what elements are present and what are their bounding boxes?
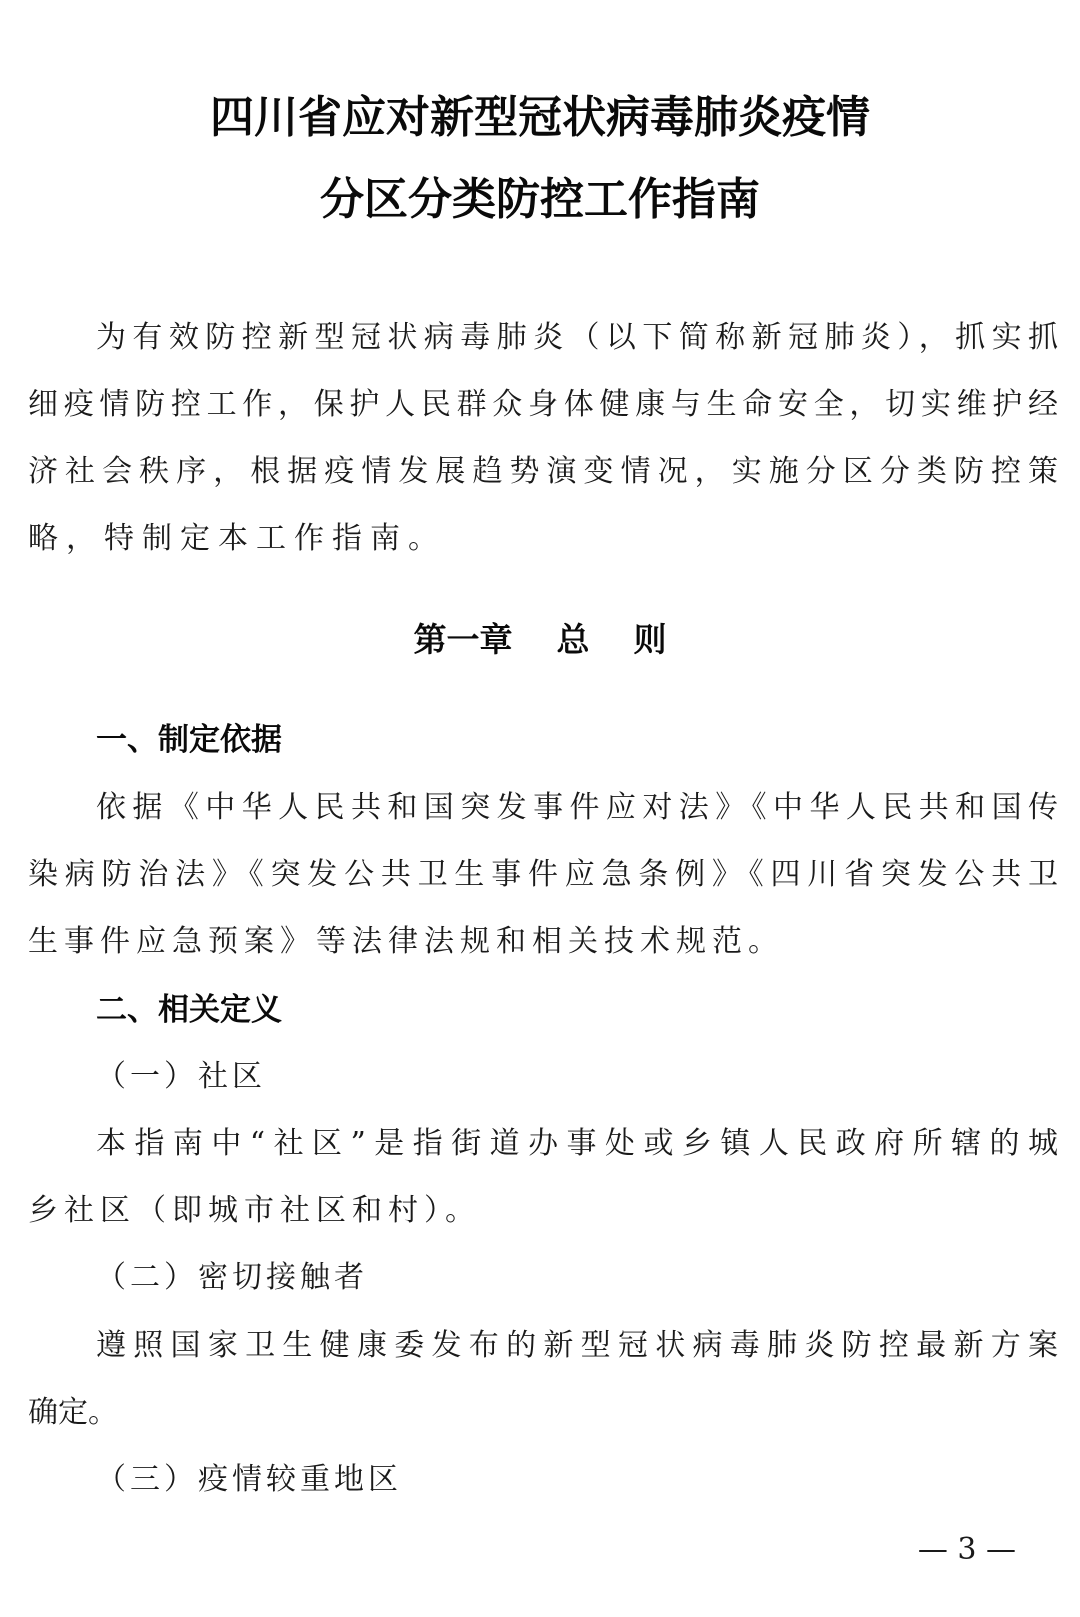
document-title-line-1: 四川省应对新型冠状病毒肺炎疫情 — [0, 90, 1080, 146]
community-paragraph-line-1: 本指南中“社区”是指街道办事处或乡镇人民政府所辖的城 — [96, 1124, 1058, 1164]
basis-paragraph-line-1: 依据《中华人民共和国突发事件应对法》《中华人民共和国传 — [96, 788, 1058, 828]
chapter-heading: 第一章总则 — [0, 618, 1080, 662]
intro-paragraph-line-2: 细疫情防控工作，保护人民群众身体健康与生命安全，切实维护经 — [28, 385, 1058, 425]
intro-paragraph-line-3: 济社会秩序，根据疫情发展趋势演变情况，实施分区分类防控策 — [28, 452, 1058, 492]
basis-paragraph-line-3: 生事件应急预案》等法律法规和相关技术规范。 — [28, 922, 1058, 962]
community-paragraph-line-2: 乡社区（即城市社区和村）。 — [28, 1191, 1058, 1231]
page-number: — 3 — — [918, 1530, 1016, 1570]
section-heading-definitions: 二、相关定义 — [96, 990, 282, 1030]
subsection-heading-severe-areas: （三）疫情较重地区 — [96, 1460, 402, 1500]
subsection-heading-community: （一）社区 — [96, 1057, 266, 1097]
chapter-title-part-2: 则 — [634, 618, 667, 662]
document-page: 四川省应对新型冠状病毒肺炎疫情 分区分类防控工作指南 为有效防控新型冠状病毒肺炎… — [0, 0, 1080, 1617]
subsection-heading-close-contacts: （二）密切接触者 — [96, 1258, 368, 1298]
chapter-number: 第一章 — [414, 618, 513, 662]
close-contacts-paragraph-line-2: 确定。 — [28, 1393, 1058, 1433]
intro-paragraph-line-4: 略，特制定本工作指南。 — [28, 519, 1058, 559]
close-contacts-paragraph-line-1: 遵照国家卫生健康委发布的新型冠状病毒肺炎防控最新方案 — [96, 1326, 1058, 1366]
intro-paragraph-line-1: 为有效防控新型冠状病毒肺炎（以下简称新冠肺炎），抓实抓 — [96, 318, 1058, 358]
basis-paragraph-line-2: 染病防治法》《突发公共卫生事件应急条例》《四川省突发公共卫 — [28, 855, 1058, 895]
chapter-title-part-1: 总 — [557, 618, 590, 662]
document-title-line-2: 分区分类防控工作指南 — [0, 172, 1080, 228]
section-heading-basis: 一、制定依据 — [96, 720, 282, 760]
